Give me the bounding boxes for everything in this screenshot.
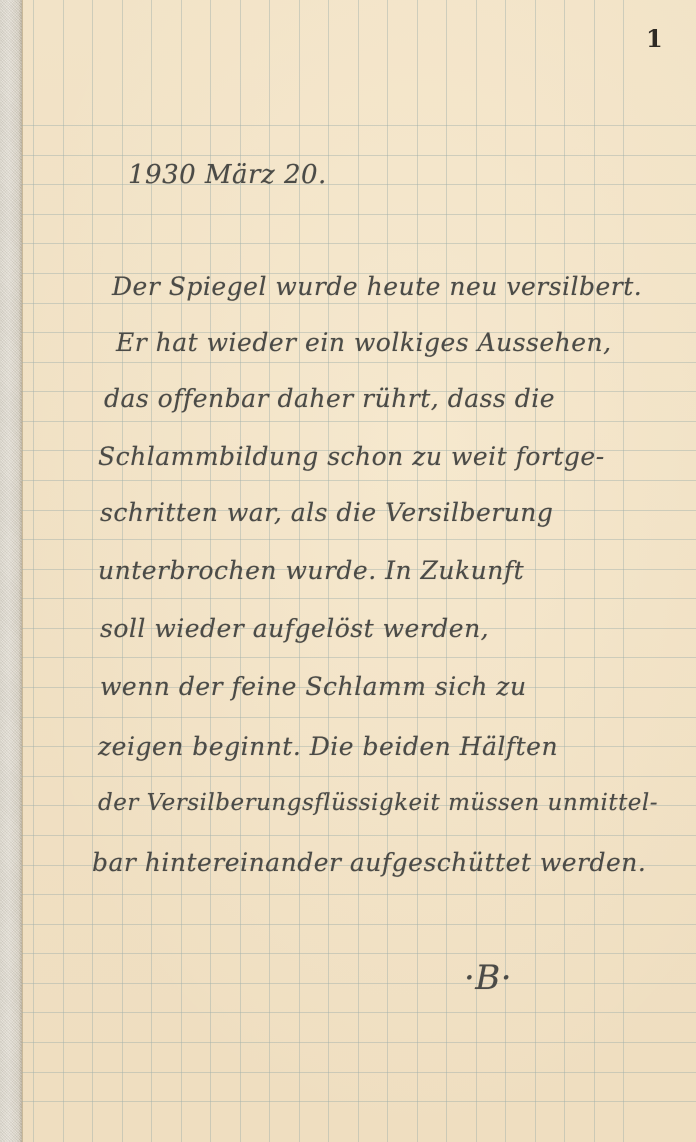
handwritten-line: Er hat wieder ein wolkiges Aussehen,: [116, 328, 612, 357]
grid-line-horizontal: [22, 421, 696, 422]
grid-line-horizontal: [22, 214, 696, 215]
grid-line-horizontal: [22, 1072, 696, 1073]
handwritten-line: Der Spiegel wurde heute neu versilbert.: [112, 272, 642, 301]
grid-line-horizontal: [22, 362, 696, 363]
handwritten-line: Schlammbildung schon zu weit fortge-: [98, 442, 605, 471]
grid-line-horizontal: [22, 717, 696, 718]
grid-line-horizontal: [22, 155, 696, 156]
handwritten-line: schritten war, als die Versilberung: [100, 498, 553, 527]
handwritten-line: unterbrochen wurde. In Zukunft: [98, 556, 524, 585]
grid-line-horizontal: [22, 184, 696, 185]
handwritten-line: zeigen beginnt. Die beiden Hälften: [98, 732, 558, 761]
grid-line-horizontal: [22, 1042, 696, 1043]
handwritten-line: der Versilberungsflüssigkeit müssen unmi…: [98, 790, 658, 816]
page-number: 1: [646, 24, 663, 53]
grid-line-horizontal: [22, 953, 696, 954]
grid-line-horizontal: [22, 1012, 696, 1013]
grid-line-vertical: [63, 0, 64, 1142]
grid-line-vertical: [564, 0, 565, 1142]
grid-line-vertical: [594, 0, 595, 1142]
handwritten-line: soll wieder aufgelöst werden,: [100, 614, 489, 643]
grid-line-vertical: [92, 0, 93, 1142]
handwritten-line: das offenbar daher rührt, dass die: [104, 384, 555, 413]
grid-line-horizontal: [22, 924, 696, 925]
grid-line-vertical: [535, 0, 536, 1142]
grid-line-horizontal: [22, 303, 696, 304]
grid-line-horizontal: [22, 776, 696, 777]
grid-line-vertical: [623, 0, 624, 1142]
grid-line-horizontal: [22, 657, 696, 658]
binding-strip: [0, 0, 23, 1142]
grid-line-horizontal: [22, 983, 696, 984]
grid-line-horizontal: [22, 1101, 696, 1102]
grid-line-vertical: [33, 0, 34, 1142]
grid-line-horizontal: [22, 539, 696, 540]
entry-date: 1930 März 20.: [128, 160, 327, 190]
grid-line-horizontal: [22, 125, 696, 126]
grid-line-horizontal: [22, 835, 696, 836]
grid-line-horizontal: [22, 480, 696, 481]
grid-line-horizontal: [22, 894, 696, 895]
grid-line-horizontal: [22, 243, 696, 244]
handwritten-line: wenn der feine Schlamm sich zu: [100, 672, 527, 701]
signature: ·B·: [464, 958, 512, 998]
notebook-page: 1 1930 März 20. Der Spiegel wurde heute …: [0, 0, 696, 1142]
handwritten-line: bar hintereinander aufgeschüttet werden.: [92, 848, 646, 877]
grid-line-horizontal: [22, 598, 696, 599]
